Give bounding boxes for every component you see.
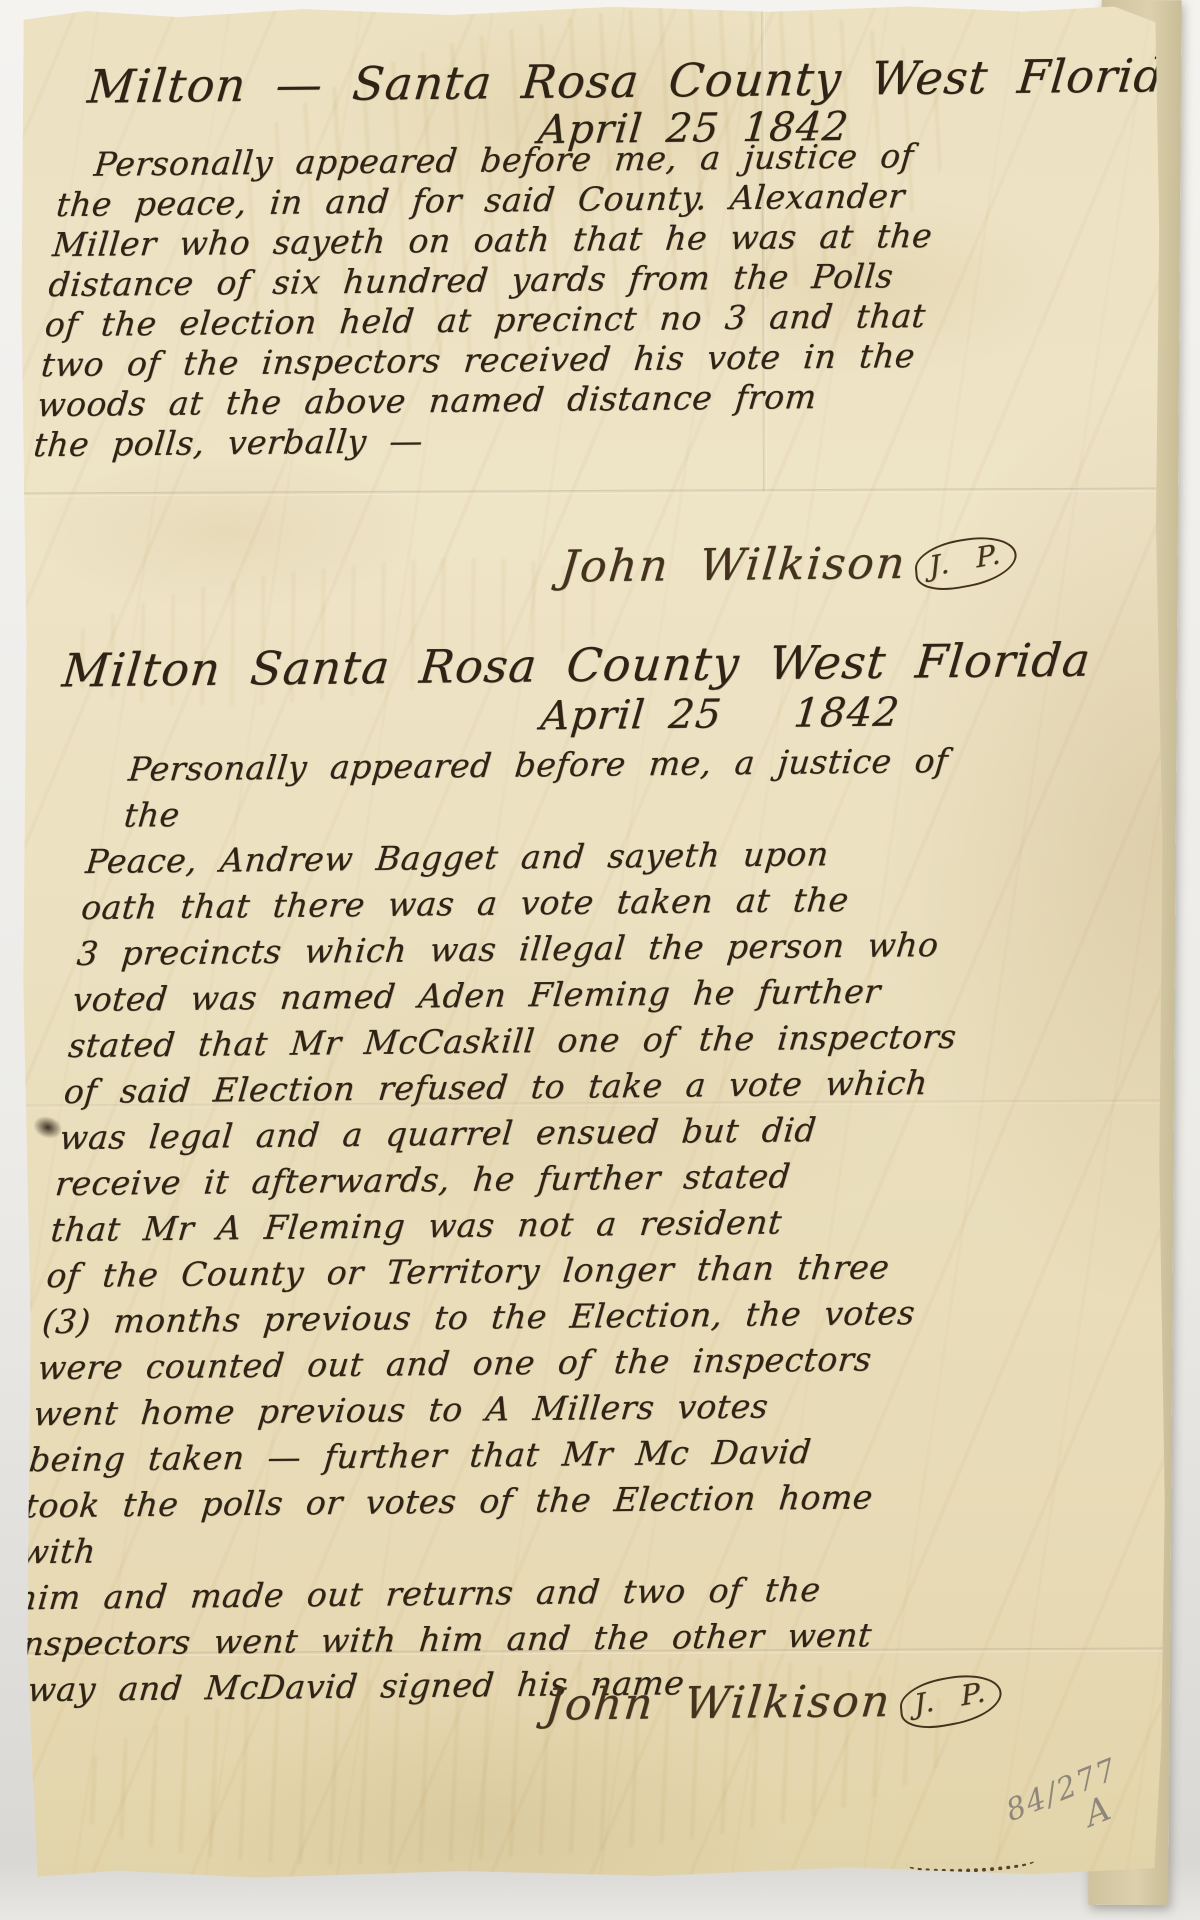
signature-john-wilkison: John WilkisonJ. P. — [557, 537, 1019, 600]
affidavit2-date-line: April 251842 — [539, 690, 902, 740]
date-year: 1842 — [792, 690, 902, 737]
signature-name: John Wilkison — [543, 1676, 894, 1731]
manuscript-line: took the polls or votes of the Election … — [18, 1474, 942, 1576]
manuscript-line: of said Election refused to take a vote … — [62, 1060, 982, 1116]
manuscript-line: Personally appeared before me, a justice… — [88, 737, 1012, 839]
date-day: April 25 — [539, 691, 724, 739]
scanned-document-background: Milton — Santa Rosa County West Florida … — [0, 0, 1200, 1920]
document-page: Milton — Santa Rosa County West Florida … — [18, 4, 1168, 1881]
manuscript-line: were counted out and one of the inspecto… — [36, 1336, 956, 1392]
justice-of-peace-initials: J. P. — [898, 1668, 1003, 1735]
signature-john-wilkison: John WilkisonJ. P. — [542, 1675, 1004, 1738]
affidavit2-body: Personally appeared before me, a justice… — [5, 737, 1012, 1713]
justice-of-peace-initials: J. P. — [913, 530, 1018, 597]
manuscript-line: inspectors went with him and the other w… — [10, 1612, 930, 1668]
signature-name: John Wilkison — [558, 538, 909, 593]
affidavit1-body: Personally appeared before me, a justice… — [32, 136, 978, 466]
affidavit2-place-line: Milton Santa Rosa County West Florida — [60, 633, 1093, 698]
